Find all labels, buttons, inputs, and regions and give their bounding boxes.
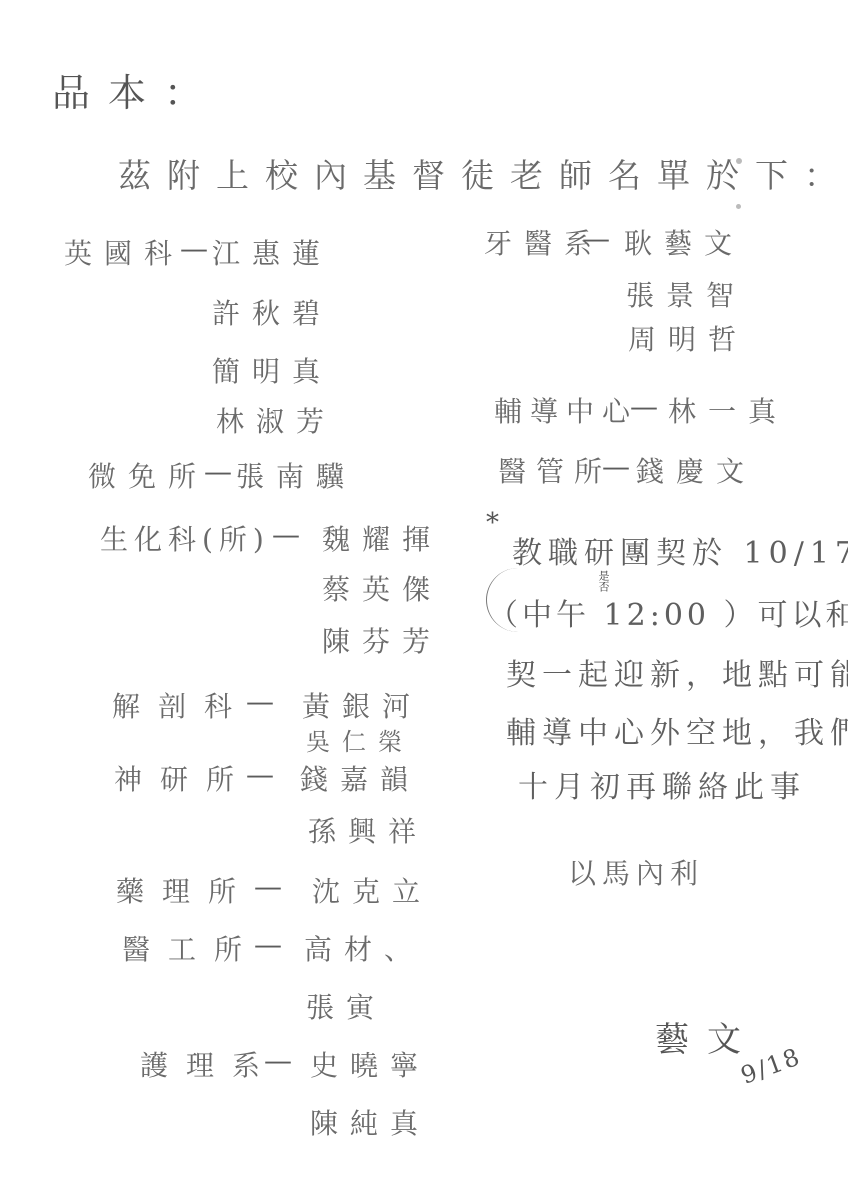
teacher-name: 史曉寧 bbox=[310, 1044, 430, 1084]
teacher-name: 沈克立 bbox=[312, 870, 432, 910]
closing-blessing: 以馬內利 bbox=[568, 852, 704, 892]
teacher-name: 簡明真 bbox=[212, 350, 332, 390]
dept-label: 神研所 bbox=[114, 758, 252, 798]
dept-label: 解剖科 bbox=[112, 685, 250, 725]
dash: — bbox=[272, 518, 312, 551]
dash: — bbox=[264, 1044, 304, 1077]
dept-label: 醫工所 bbox=[122, 928, 260, 968]
teacher-name: 錢慶文 bbox=[636, 450, 756, 490]
dept-label: 輔導中心 bbox=[494, 390, 638, 430]
dash: — bbox=[630, 390, 670, 423]
dept-label: 護理系 bbox=[140, 1044, 278, 1084]
teacher-name: 高材、 bbox=[304, 928, 424, 968]
teacher-name: 江惠蓮 bbox=[212, 232, 332, 272]
dept-label: 生化科(所) bbox=[100, 518, 270, 558]
dash: — bbox=[582, 222, 622, 255]
teacher-name: 林淑芳 bbox=[216, 400, 336, 440]
dept-label: 英國科 bbox=[64, 232, 184, 272]
note-line: （中午 12:00 ）可以和學生團 bbox=[488, 590, 848, 634]
dash: — bbox=[246, 758, 286, 791]
teacher-name: 張寅 bbox=[306, 986, 386, 1026]
teacher-name: 蔡英傑 bbox=[322, 568, 442, 608]
note-line: 輔導中心外空地，我們於 bbox=[506, 708, 848, 752]
salutation: 品本： bbox=[52, 62, 220, 117]
teacher-name: 陳純真 bbox=[310, 1102, 430, 1142]
teacher-name: 周明哲 bbox=[628, 318, 748, 358]
note-line: 十月初再聯絡此事 bbox=[518, 762, 806, 806]
dash: — bbox=[254, 928, 294, 961]
dash: — bbox=[246, 685, 286, 718]
dash: — bbox=[254, 870, 294, 903]
teacher-name: 許秋碧 bbox=[212, 292, 332, 332]
teacher-name: 林一真 bbox=[668, 390, 788, 430]
insertion-mark: 是否 bbox=[595, 570, 611, 592]
teacher-name: 耿藝文 bbox=[624, 222, 744, 262]
teacher-name: 吳仁榮 bbox=[306, 722, 414, 757]
dept-label: 微免所 bbox=[88, 455, 208, 495]
asterisk-icon: * bbox=[486, 508, 511, 538]
teacher-name: 錢嘉韻 bbox=[300, 758, 420, 798]
scan-speck bbox=[736, 158, 742, 164]
note-line: 契一起迎新，地點可能是 bbox=[506, 650, 848, 694]
teacher-name: 黃銀河 bbox=[302, 685, 422, 725]
signature: 藝文 bbox=[655, 1012, 759, 1061]
teacher-name: 魏耀揮 bbox=[322, 518, 442, 558]
teacher-name: 張景智 bbox=[626, 274, 746, 314]
note-line: 教職研團契於 10/17 迎新 bbox=[512, 528, 848, 572]
dept-label: 醫管所 bbox=[498, 450, 612, 490]
dept-label: 藥理所 bbox=[116, 870, 254, 910]
teacher-name: 陳芬芳 bbox=[322, 620, 442, 660]
scan-speck bbox=[736, 204, 741, 209]
teacher-name: 孫興祥 bbox=[308, 810, 428, 850]
teacher-name: 張南驥 bbox=[236, 455, 356, 495]
